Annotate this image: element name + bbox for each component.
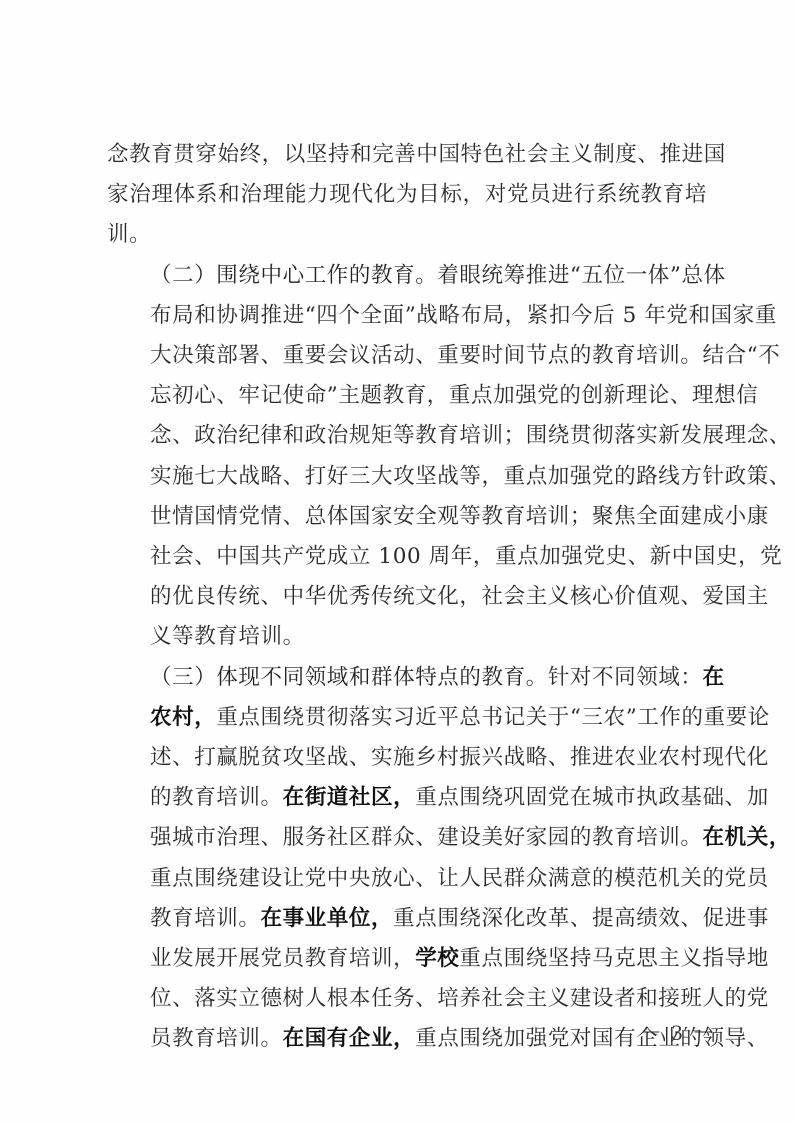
emphasis-text: 在机关， [703,825,791,850]
text-segment: 教育培训。 [150,906,261,931]
text-line: 教育培训。在事业单位，重点围绕深化改革、提高绩效、促进事 [107,899,707,939]
text-line: 布局和协调推进“四个全面”战略布局，紧扣今后 5 年党和国家重 [107,296,707,336]
text-line: 述、打赢脱贫攻坚战、实施乡村振兴战略、推进农业农村现代化 [107,738,707,778]
text-line: 念、政治纪律和政治规矩等教育培训；围绕贯彻落实新发展理念、 [107,416,707,456]
text-segment: 实施七大战略、打好三大攻坚战等，重点加强党的路线方针政策、 [150,464,791,489]
text-segment: 社会、中国共产党成立 100 周年，重点加强党史、新中国史，党 [150,544,782,569]
text-segment: 大决策部署、重要会议活动、重要时间节点的教育培训。结合“不 [150,343,780,368]
document-page: 念教育贯穿始终，以坚持和完善中国特色社会主义制度、推进国家治理体系和治理能力现代… [0,0,794,1122]
text-segment: 训。 [107,222,151,247]
text-segment: 世情国情党情、总体国家安全观等教育培训；聚焦全面建成小康 [150,504,769,529]
text-segment: 述、打赢脱贫攻坚战、实施乡村振兴战略、推进农业农村现代化 [150,745,769,770]
text-segment: 重点围绕坚持马克思主义指导地 [459,946,768,971]
text-segment: 员教育培训。 [150,1026,283,1051]
text-line: 位、落实立德树人根本任务、培养社会主义建设者和接班人的党 [107,979,707,1019]
text-line: 念教育贯穿始终，以坚持和完善中国特色社会主义制度、推进国 [107,135,707,175]
text-line: 重点围绕建设让党中央放心、让人民群众满意的模范机关的党员 [107,859,707,899]
page-number: － 3 － [640,1016,716,1047]
text-segment: 布局和协调推进“四个全面”战略布局，紧扣今后 5 年党和国家重 [150,303,777,328]
text-line: 大决策部署、重要会议活动、重要时间节点的教育培训。结合“不 [107,336,707,376]
section-heading: （三）体现不同领域和群体特点的教育。 [150,665,548,690]
paragraph: （二）围绕中心工作的教育。着眼统筹推进“五位一体”总体布局和协调推进“四个全面”… [107,256,707,658]
emphasis-text: 在事业单位， [261,906,394,931]
text-line: 农村，重点围绕贯彻落实习近平总书记关于“三农”工作的重要论 [107,698,707,738]
text-segment: 义等教育培训。 [150,624,305,649]
text-segment: 重点围绕贯彻落实习近平总书记关于“三农”工作的重要论 [216,705,770,730]
text-segment: 业发展开展党员教育培训， [150,946,415,971]
document-body: 念教育贯穿始终，以坚持和完善中国特色社会主义制度、推进国家治理体系和治理能力现代… [107,135,707,1060]
text-line: （二）围绕中心工作的教育。着眼统筹推进“五位一体”总体 [107,256,707,296]
text-segment: 位、落实立德树人根本任务、培养社会主义建设者和接班人的党 [150,986,769,1011]
text-segment: 针对不同领域： [548,665,703,690]
text-line: 强城市治理、服务社区群众、建设美好家园的教育培训。在机关， [107,818,707,858]
paragraph: 念教育贯穿始终，以坚持和完善中国特色社会主义制度、推进国家治理体系和治理能力现代… [107,135,707,256]
text-line: 义等教育培训。 [107,617,707,657]
paragraph: （三）体现不同领域和群体特点的教育。针对不同领域：在农村，重点围绕贯彻落实习近平… [107,658,707,1060]
text-line: （三）体现不同领域和群体特点的教育。针对不同领域：在 [107,658,707,698]
text-segment: 重点围绕建设让党中央放心、让人民群众满意的模范机关的党员 [150,866,769,891]
emphasis-text: 农村， [150,705,216,730]
emphasis-text: 在国有企业， [283,1026,416,1051]
text-line: 忘初心、牢记使命”主题教育，重点加强党的创新理论、理想信 [107,376,707,416]
text-segment: 的教育培训。 [150,785,283,810]
text-segment: 忘初心、牢记使命”主题教育，重点加强党的创新理论、理想信 [150,383,758,408]
emphasis-text: 在 [703,665,725,690]
text-line: 业发展开展党员教育培训，学校重点围绕坚持马克思主义指导地 [107,939,707,979]
text-line: 的教育培训。在街道社区，重点围绕巩固党在城市执政基础、加 [107,778,707,818]
emphasis-text: 在街道社区， [283,785,416,810]
text-segment: 着眼统筹推进“五位一体”总体 [437,263,725,288]
text-segment: 念、政治纪律和政治规矩等教育培训；围绕贯彻落实新发展理念、 [150,423,791,448]
section-heading: （二）围绕中心工作的教育。 [150,263,437,288]
text-line: 训。 [107,215,707,255]
text-line: 世情国情党情、总体国家安全观等教育培训；聚焦全面建成小康 [107,497,707,537]
text-segment: 念教育贯穿始终，以坚持和完善中国特色社会主义制度、推进国 [107,142,726,167]
text-line: 家治理体系和治理能力现代化为目标，对党员进行系统教育培 [107,175,707,215]
text-segment: 重点围绕深化改革、提高绩效、促进事 [393,906,769,931]
emphasis-text: 学校 [415,946,459,971]
text-line: 的优良传统、中华优秀传统文化，社会主义核心价值观、爱国主 [107,577,707,617]
text-line: 社会、中国共产党成立 100 周年，重点加强党史、新中国史，党 [107,537,707,577]
text-line: 员教育培训。在国有企业，重点围绕加强党对国有企业的领导、 [107,1019,707,1059]
text-segment: 的优良传统、中华优秀传统文化，社会主义核心价值观、爱国主 [150,584,769,609]
text-line: 实施七大战略、打好三大攻坚战等，重点加强党的路线方针政策、 [107,457,707,497]
text-segment: 重点围绕巩固党在城市执政基础、加 [415,785,769,810]
text-segment: 家治理体系和治理能力现代化为目标，对党员进行系统教育培 [107,182,707,207]
text-segment: 强城市治理、服务社区群众、建设美好家园的教育培训。 [150,825,703,850]
